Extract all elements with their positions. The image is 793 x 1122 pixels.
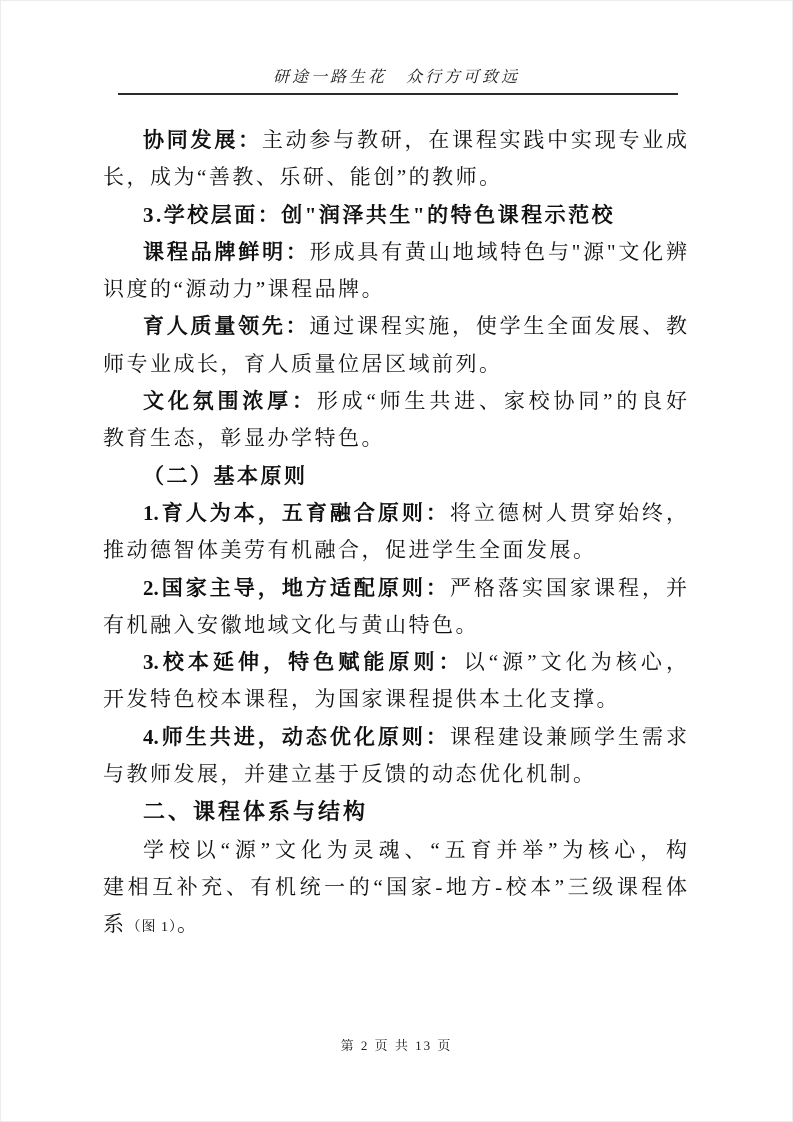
figure-reference: （图 1） — [127, 920, 178, 935]
text-run: 。 — [177, 912, 201, 936]
text-line: 师专业成长，育人质量位居区域前列。 — [103, 346, 687, 383]
text-line: 1.育人为本，五育融合原则：将立德树人贯穿始终， — [103, 495, 687, 532]
bold-lead: 1.育人为本，五育融合原则： — [143, 501, 450, 525]
text-run: 系 — [103, 912, 127, 936]
header-divider-line — [118, 93, 678, 95]
bold-lead: 4.师生共进，动态优化原则： — [143, 725, 450, 749]
page-header-motto: 研途一路生花 众行方可致远 — [1, 64, 792, 87]
heading-text: 3.学校层面：创"润泽共生"的特色课程示范校 — [143, 203, 615, 227]
text-run: 建相互补充、有机统一的“国家-地方-校本”三级课程体 — [103, 875, 687, 899]
bold-lead: 协同发展： — [143, 128, 262, 152]
bold-lead: 文化氛围浓厚： — [143, 389, 317, 413]
text-line: 推动德智体美劳有机融合，促进学生全面发展。 — [103, 532, 687, 569]
text-line: 文化氛围浓厚：形成“师生共进、家校协同”的良好 — [103, 383, 687, 420]
page-number: 第 2 页 共 13 页 — [1, 1035, 792, 1054]
heading-text: （二）基本原则 — [143, 464, 308, 488]
text-line: 2.国家主导，地方适配原则：严格落实国家课程，并 — [103, 570, 687, 607]
bold-lead: 育人质量领先： — [143, 314, 309, 338]
text-run: 识度的“源动力”课程品牌。 — [103, 277, 385, 301]
text-line: 开发特色校本课程，为国家课程提供本土化支撑。 — [103, 681, 687, 718]
bold-lead: 2.国家主导，地方适配原则： — [143, 576, 450, 600]
text-line: 学校以“源”文化为灵魂、“五育并举”为核心，构 — [103, 832, 687, 869]
text-line: 教育生态，彰显办学特色。 — [103, 420, 687, 457]
bold-lead: 课程品牌鲜明： — [143, 240, 310, 264]
text-line: 建相互补充、有机统一的“国家-地方-校本”三级课程体 — [103, 869, 687, 906]
text-line: 系（图 1）。 — [103, 906, 687, 946]
text-run: 学校以“源”文化为灵魂、“五育并举”为核心，构 — [143, 838, 687, 862]
text-line: 长，成为“善教、乐研、能创”的教师。 — [103, 159, 687, 196]
text-line: 与教师发展，并建立基于反馈的动态优化机制。 — [103, 756, 687, 793]
bold-lead: 3.校本延伸，特色赋能原则： — [143, 650, 464, 674]
text-run: 以“源”文化为核心， — [464, 650, 687, 674]
document-body: 协同发展：主动参与教研，在课程实践中实现专业成 长，成为“善教、乐研、能创”的教… — [103, 122, 687, 947]
document-page: 研途一路生花 众行方可致远 协同发展：主动参与教研，在课程实践中实现专业成 长，… — [0, 0, 793, 1122]
text-line: 4.师生共进，动态优化原则：课程建设兼顾学生需求 — [103, 719, 687, 756]
text-run: 形成“师生共进、家校协同”的良好 — [317, 389, 687, 413]
text-run: 主动参与教研，在课程实践中实现专业成 — [262, 128, 687, 152]
text-line: 有机融入安徽地域文化与黄山特色。 — [103, 607, 687, 644]
text-run: 严格落实国家课程，并 — [450, 576, 687, 600]
text-line: 课程品牌鲜明：形成具有黄山地域特色与"源"文化辨 — [103, 234, 687, 271]
text-line: 3.校本延伸，特色赋能原则：以“源”文化为核心， — [103, 644, 687, 681]
text-line: 识度的“源动力”课程品牌。 — [103, 271, 687, 308]
section-heading: 二、课程体系与结构 — [103, 793, 687, 831]
text-run: 形成具有黄山地域特色与"源"文化辨 — [310, 240, 687, 264]
text-run: 课程建设兼顾学生需求 — [450, 725, 687, 749]
subsection-heading: 3.学校层面：创"润泽共生"的特色课程示范校 — [103, 197, 687, 234]
text-run: 将立德树人贯穿始终， — [450, 501, 687, 525]
text-run: 通过课程实施，使学生全面发展、教 — [309, 314, 687, 338]
text-run: 与教师发展，并建立基于反馈的动态优化机制。 — [103, 762, 597, 786]
subsection-heading: （二）基本原则 — [103, 458, 687, 495]
text-line: 育人质量领先：通过课程实施，使学生全面发展、教 — [103, 308, 687, 345]
text-run: 推动德智体美劳有机融合，促进学生全面发展。 — [103, 538, 597, 562]
text-run: 有机融入安徽地域文化与黄山特色。 — [103, 613, 479, 637]
text-run: 长，成为“善教、乐研、能创”的教师。 — [103, 165, 503, 189]
heading-text: 二、课程体系与结构 — [143, 799, 368, 824]
text-run: 教育生态，彰显办学特色。 — [103, 426, 385, 450]
text-line: 协同发展：主动参与教研，在课程实践中实现专业成 — [103, 122, 687, 159]
text-run: 开发特色校本课程，为国家课程提供本土化支撑。 — [103, 687, 620, 711]
text-run: 师专业成长，育人质量位居区域前列。 — [103, 352, 503, 376]
